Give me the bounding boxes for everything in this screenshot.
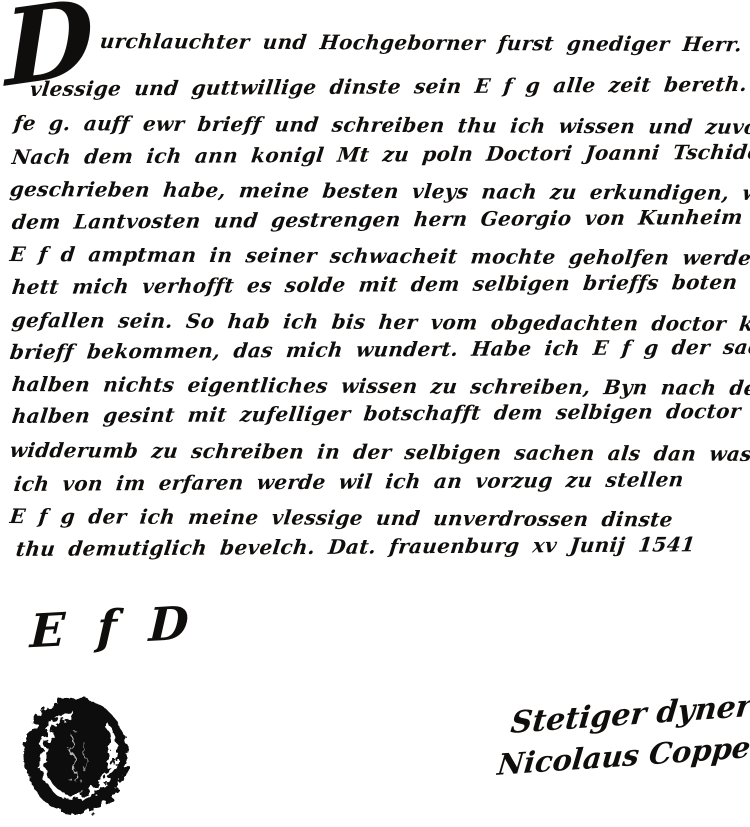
manuscript-line-11: halben nichts eigentliches wissen zu sch…	[11, 371, 750, 401]
manuscript-line-1: urchlauchter und Hochgeborner furst gned…	[99, 28, 750, 58]
manuscript-line-12: halben gesint mit zufelliger botschafft …	[10, 398, 742, 429]
valediction-monogram: E f D	[29, 596, 189, 658]
manuscript-line-2: vlessige und guttwillige dinste sein E f…	[28, 71, 750, 102]
manuscript-line-3: fe g. auff ewr brieff und schreiben thu …	[13, 110, 750, 140]
manuscript-line-16: thu demutiglich bevelch. Dat. frauenburg…	[14, 531, 696, 562]
manuscript-line-8: hett mich verhofft es solde mit dem selb…	[10, 268, 750, 300]
manuscript-line-6: dem Lantvosten und gestrengen hern Georg…	[10, 204, 744, 235]
manuscript-line-5: geschrieben habe, meine besten vleys nac…	[9, 176, 750, 206]
manuscript-page: D urchlauchter und Hochgeborner furst gn…	[0, 0, 750, 827]
manuscript-line-15: E f g der ich meine vlessige und unverdr…	[9, 503, 675, 532]
manuscript-line-13: widderumb zu schreiben in der selbigen s…	[9, 437, 750, 467]
manuscript-line-14: ich von im erfaren werde wil ich an vorz…	[12, 466, 685, 497]
manuscript-line-9: gefallen sein. So hab ich bis her vom ob…	[11, 307, 750, 337]
manuscript-line-4: Nach dem ich ann konigl Mt zu poln Docto…	[10, 139, 750, 170]
signature-block: Stetiger dyner Nicolaus Coppernic	[494, 689, 750, 782]
manuscript-line-10: brieff bekommen, das mich wundert. Habe …	[8, 333, 750, 365]
seal-blob-icon	[25, 698, 127, 814]
manuscript-line-7: E f d amptman in seiner schwacheit mocht…	[9, 241, 750, 271]
wax-seal	[14, 690, 140, 826]
